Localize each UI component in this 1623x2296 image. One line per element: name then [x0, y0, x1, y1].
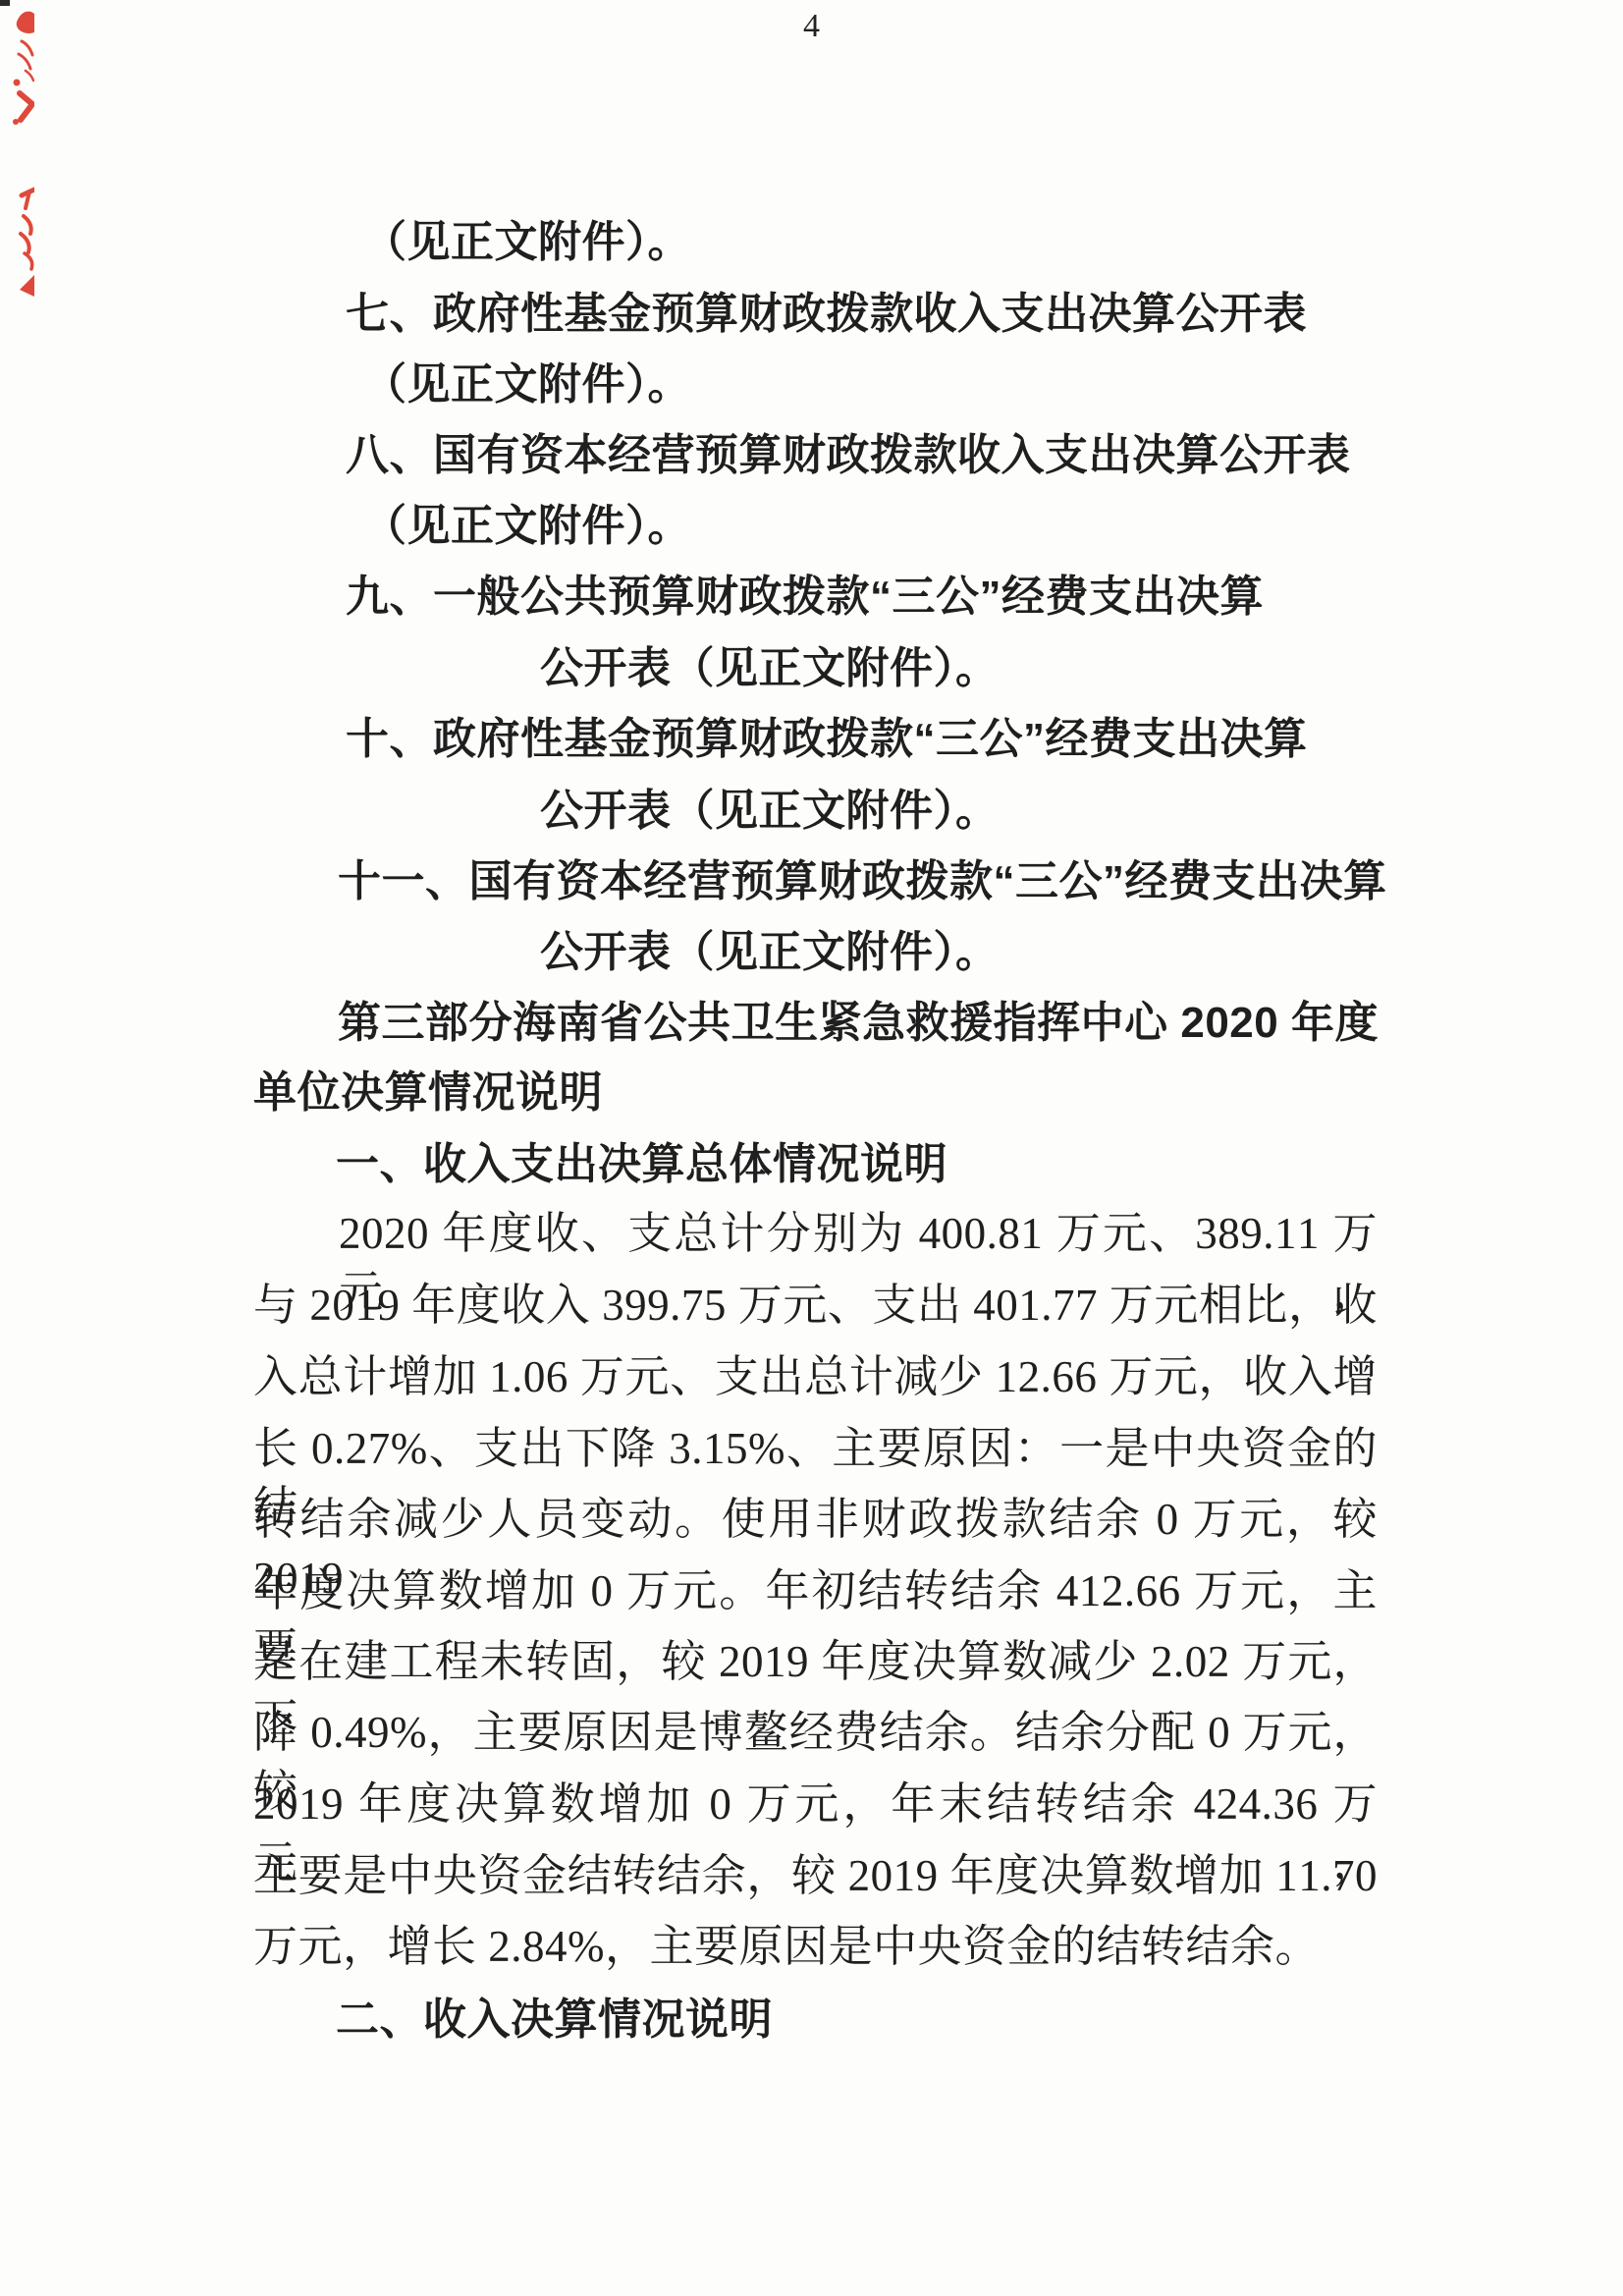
attachment-note-line: 公开表（见正文附件）。: [540, 782, 1000, 841]
list-item-nine: 九、一般公共预算财政拨款“三公”经费支出决算: [346, 568, 1264, 627]
section-title-continuation: 单位决算情况说明: [253, 1064, 603, 1122]
attachment-note-line: （见正文附件）。: [363, 213, 691, 272]
section-title: 第三部分海南省公共卫生紧急救援指挥中心 2020 年度: [338, 994, 1379, 1053]
list-item-eleven: 十一、国有资本经营预算财政拨款“三公”经费支出决算: [338, 852, 1387, 911]
heading-income-statement: 二、收入决算情况说明: [336, 1991, 773, 2050]
body-line: 入总计增加 1.06 万元、支出总计减少 12.66 万元，收入增: [253, 1347, 1378, 1406]
page-number: 4: [0, 0, 1623, 53]
attachment-note-line: （见正文附件）。: [363, 497, 691, 556]
attachment-note-line: 公开表（见正文附件）。: [540, 639, 1000, 698]
list-item-eight: 八、国有资本经营预算财政拨款收入支出决算公开表: [346, 426, 1351, 485]
attachment-note-line: （见正文附件）。: [363, 355, 691, 414]
list-item-seven: 七、政府性基金预算财政拨款收入支出决算公开表: [346, 285, 1307, 344]
attachment-note-line: 公开表（见正文附件）。: [540, 923, 1000, 982]
document-page: （见正文附件）。 七、政府性基金预算财政拨款收入支出决算公开表 （见正文附件）。…: [0, 0, 1623, 2296]
body-line: 万元，增长 2.84%，主要原因是中央资金的结转结余。: [253, 1917, 1320, 1976]
body-line: 主要是中央资金结转结余，较 2019 年度决算数增加 11.70: [253, 1846, 1378, 1905]
heading-income-expense-overview: 一、收入支出决算总体情况说明: [336, 1135, 947, 1194]
body-line: 与 2019 年度收入 399.75 万元、支出 401.77 万元相比，收: [253, 1276, 1378, 1335]
list-item-ten: 十、政府性基金预算财政拨款“三公”经费支出决算: [346, 710, 1308, 769]
red-seal-fragment-icon: [0, 0, 34, 304]
